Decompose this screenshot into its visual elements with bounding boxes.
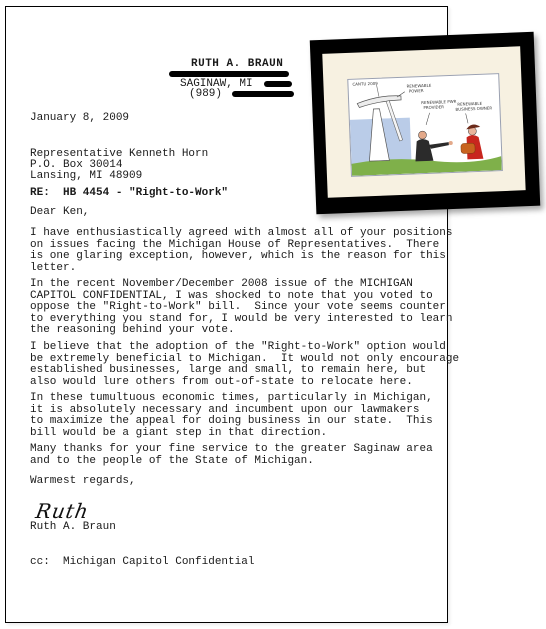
paragraph-5: Many thanks for your fine service to the… xyxy=(30,444,433,467)
letterhead-phone-prefix: (989) xyxy=(189,89,222,101)
re-line: RE: HB 4454 - "Right-to-Work" xyxy=(30,188,228,200)
cartoon-mat: CANTU 2009 RENEWABLE POWER RENEWABLE PWR… xyxy=(322,46,525,197)
letter-date: January 8, 2009 xyxy=(30,113,129,125)
paragraph-3: I believe that the adoption of the "Righ… xyxy=(30,342,459,388)
paragraph-2: In the recent November/December 2008 iss… xyxy=(30,279,452,337)
redacted-phone xyxy=(232,91,294,97)
svg-text:PROVIDER: PROVIDER xyxy=(423,104,444,110)
cc-line: cc: Michigan Capitol Confidential xyxy=(30,557,254,569)
closing: Warmest regards, xyxy=(30,476,136,488)
cartoon-illustration: CANTU 2009 RENEWABLE POWER RENEWABLE PWR… xyxy=(348,74,502,176)
svg-text:BUSINESS OWNER: BUSINESS OWNER xyxy=(455,105,492,111)
handwritten-signature: Ruth xyxy=(34,499,91,523)
svg-text:POWER: POWER xyxy=(409,88,424,94)
editorial-cartoon: CANTU 2009 RENEWABLE POWER RENEWABLE PWR… xyxy=(347,73,503,177)
paragraph-4: In these tumultuous economic times, part… xyxy=(30,393,433,439)
letterhead-name: RUTH A. BRAUN xyxy=(191,59,283,71)
redacted-address xyxy=(169,71,289,77)
salutation: Dear Ken, xyxy=(30,207,89,219)
framed-cartoon: CANTU 2009 RENEWABLE POWER RENEWABLE PWR… xyxy=(310,32,541,214)
signer-name: Ruth A. Braun xyxy=(30,522,116,534)
svg-text:CANTU 2009: CANTU 2009 xyxy=(352,81,378,87)
recipient-line-3: Lansing, MI 48909 xyxy=(30,171,142,183)
paragraph-1: I have enthusiastically agreed with almo… xyxy=(30,228,452,274)
redacted-zip xyxy=(264,81,292,87)
